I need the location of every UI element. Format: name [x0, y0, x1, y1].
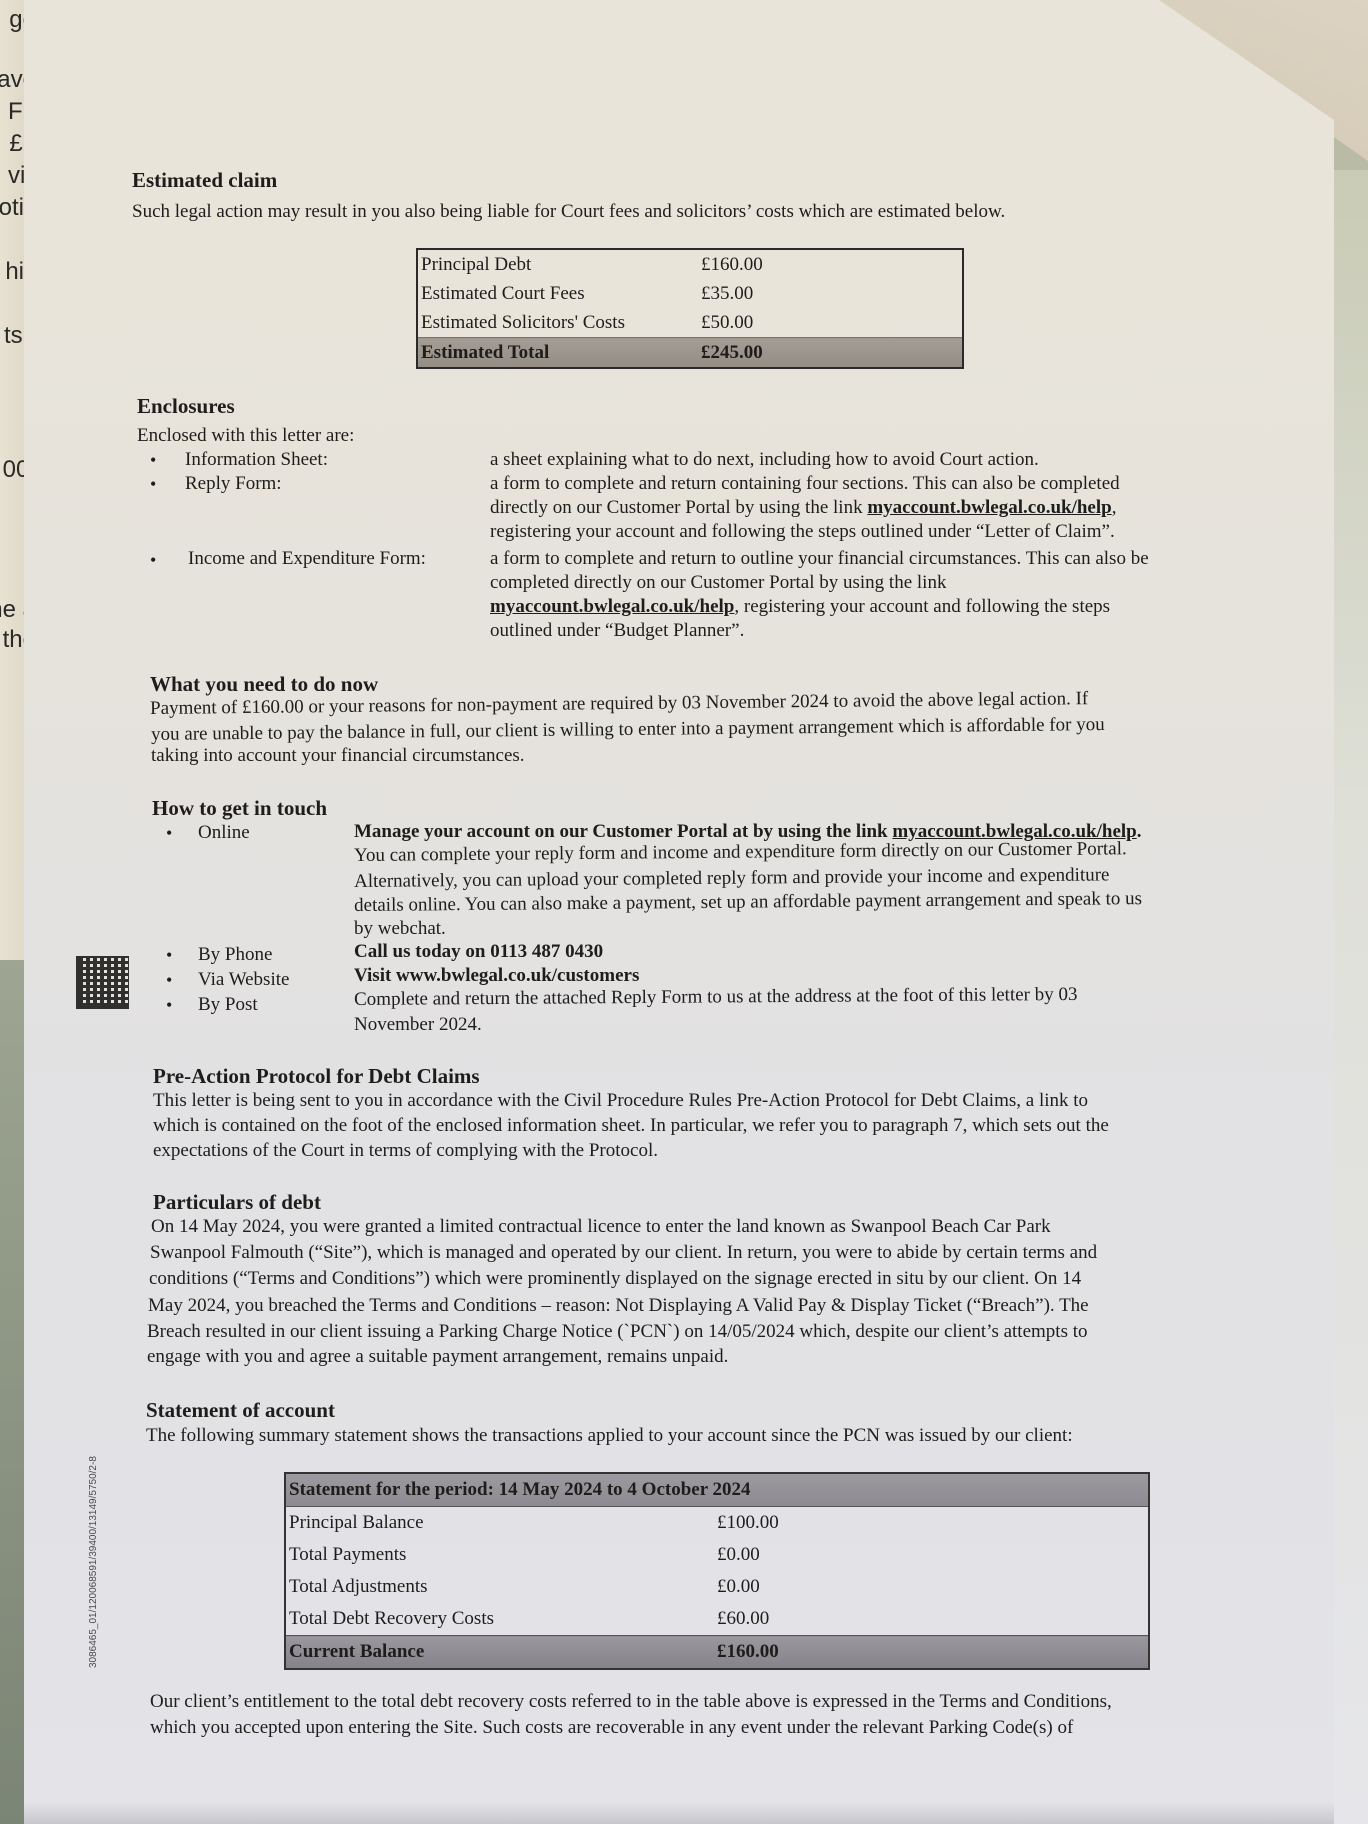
section-heading-enclosures: Enclosures — [137, 394, 235, 419]
enclosure-text: , registering your account and following… — [734, 596, 1110, 617]
particulars-text: conditions (“Terms and Conditions”) whic… — [149, 1267, 1081, 1291]
enclosure-label: Income and Expenditure Form: — [188, 547, 426, 571]
section-heading-get-in-touch: How to get in touch — [152, 796, 327, 821]
bullet-icon: • — [150, 450, 156, 471]
bullet-icon: • — [166, 945, 172, 966]
statement-period: Statement for the period: 14 May 2024 to… — [285, 1473, 1149, 1507]
enclosure-description: directly on our Customer Portal by using… — [490, 496, 1116, 520]
post-instructions: November 2024. — [354, 1013, 482, 1037]
section-heading-what-to-do: What you need to do now — [150, 672, 378, 697]
what-to-do-text: taking into account your financial circu… — [151, 744, 525, 768]
row-label: Principal Balance — [285, 1507, 714, 1540]
row-amount: £100.00 — [714, 1507, 1149, 1540]
statement-table: Statement for the period: 14 May 2024 to… — [284, 1472, 1150, 1670]
section-heading-protocol: Pre-Action Protocol for Debt Claims — [153, 1064, 480, 1089]
enclosure-label: Information Sheet: — [185, 448, 328, 472]
row-label: Total Adjustments — [285, 1571, 714, 1603]
enclosure-description: registering your account and following t… — [490, 520, 1115, 544]
table-row: Total Adjustments £0.00 — [285, 1571, 1149, 1603]
section-heading-estimated-claim: Estimated claim — [132, 168, 277, 193]
row-amount: £0.00 — [714, 1539, 1149, 1571]
row-label: Estimated Solicitors' Costs — [417, 308, 698, 338]
contact-method-label: Online — [198, 821, 250, 845]
particulars-text: Breach resulted in our client issuing a … — [147, 1320, 1088, 1344]
row-label: Total Debt Recovery Costs — [285, 1603, 714, 1636]
total-amount: £160.00 — [714, 1636, 1149, 1670]
closing-text: Our client’s entitlement to the total de… — [150, 1690, 1112, 1714]
bullet-icon: • — [166, 823, 172, 844]
website-link[interactable]: Visit www.bwlegal.co.uk/customers — [354, 964, 639, 988]
enclosure-description: completed directly on our Customer Porta… — [490, 571, 946, 595]
contact-method-label: By Post — [198, 993, 258, 1017]
table-total-row: Estimated Total £245.00 — [417, 338, 963, 369]
background-surface — [1328, 170, 1368, 1824]
bullet-icon: • — [150, 550, 156, 571]
protocol-text: expectations of the Court in terms of co… — [153, 1139, 658, 1163]
section-heading-particulars: Particulars of debt — [153, 1190, 321, 1215]
row-label: Principal Debt — [417, 249, 698, 279]
table-row: Estimated Solicitors' Costs £50.00 — [417, 308, 963, 338]
particulars-text: Swanpool Falmouth (“Site”), which is man… — [150, 1241, 1097, 1265]
enclosure-text: directly on our Customer Portal by using… — [490, 497, 867, 518]
datamatrix-code-icon — [76, 956, 129, 1009]
enclosure-description: outlined under “Budget Planner”. — [490, 619, 744, 643]
section-heading-statement: Statement of account — [146, 1398, 335, 1423]
row-amount: £50.00 — [698, 308, 963, 338]
particulars-text: engage with you and agree a suitable pay… — [147, 1345, 728, 1369]
particulars-text: May 2024, you breached the Terms and Con… — [148, 1294, 1089, 1318]
enclosure-description: myaccount.bwlegal.co.uk/help, registerin… — [490, 595, 1110, 619]
reference-code: 3086465_01/120068591/39400/13149/5750/2-… — [88, 1456, 99, 1668]
protocol-text: which is contained on the foot of the en… — [153, 1114, 1109, 1138]
total-label: Estimated Total — [417, 338, 698, 369]
online-heading: Manage your account on our Customer Port… — [354, 821, 892, 842]
online-instructions: by webchat. — [354, 917, 446, 941]
portal-link[interactable]: myaccount.bwlegal.co.uk/help — [867, 497, 1111, 518]
enclosures-intro: Enclosed with this letter are: — [137, 424, 354, 448]
row-amount: £0.00 — [714, 1571, 1149, 1603]
bullet-icon: • — [166, 995, 172, 1016]
post-instructions: Complete and return the attached Reply F… — [354, 983, 1078, 1012]
row-amount: £60.00 — [714, 1603, 1149, 1636]
portal-link[interactable]: myaccount.bwlegal.co.uk/help — [490, 596, 734, 617]
contact-method-label: Via Website — [198, 968, 289, 992]
table-row: Total Payments £0.00 — [285, 1539, 1149, 1571]
row-label: Total Payments — [285, 1539, 714, 1571]
table-row: Estimated Court Fees £35.00 — [417, 279, 963, 308]
table-row: Principal Debt £160.00 — [417, 249, 963, 279]
row-amount: £160.00 — [698, 249, 963, 279]
total-amount: £245.00 — [698, 338, 963, 369]
protocol-text: This letter is being sent to you in acco… — [153, 1089, 1088, 1113]
table-row: Total Debt Recovery Costs £60.00 — [285, 1603, 1149, 1636]
table-header-row: Statement for the period: 14 May 2024 to… — [285, 1473, 1149, 1507]
estimated-claim-table: Principal Debt £160.00 Estimated Court F… — [416, 248, 964, 369]
table-total-row: Current Balance £160.00 — [285, 1636, 1149, 1670]
row-label: Estimated Court Fees — [417, 279, 698, 308]
row-amount: £35.00 — [698, 279, 963, 308]
enclosure-description: a sheet explaining what to do next, incl… — [490, 448, 1039, 472]
phone-number[interactable]: Call us today on 0113 487 0430 — [354, 940, 603, 964]
bullet-icon: • — [166, 970, 172, 991]
contact-method-label: By Phone — [198, 943, 272, 967]
enclosure-label: Reply Form: — [185, 472, 282, 496]
particulars-text: On 14 May 2024, you were granted a limit… — [151, 1215, 1051, 1239]
enclosure-description: a form to complete and return to outline… — [490, 547, 1149, 571]
estimated-claim-intro: Such legal action may result in you also… — [132, 200, 1005, 224]
statement-intro: The following summary statement shows th… — [146, 1424, 1073, 1448]
bullet-icon: • — [150, 474, 156, 495]
table-row: Principal Balance £100.00 — [285, 1507, 1149, 1540]
closing-text: which you accepted upon entering the Sit… — [150, 1716, 1073, 1740]
enclosure-description: a form to complete and return containing… — [490, 472, 1120, 496]
total-label: Current Balance — [285, 1636, 714, 1670]
